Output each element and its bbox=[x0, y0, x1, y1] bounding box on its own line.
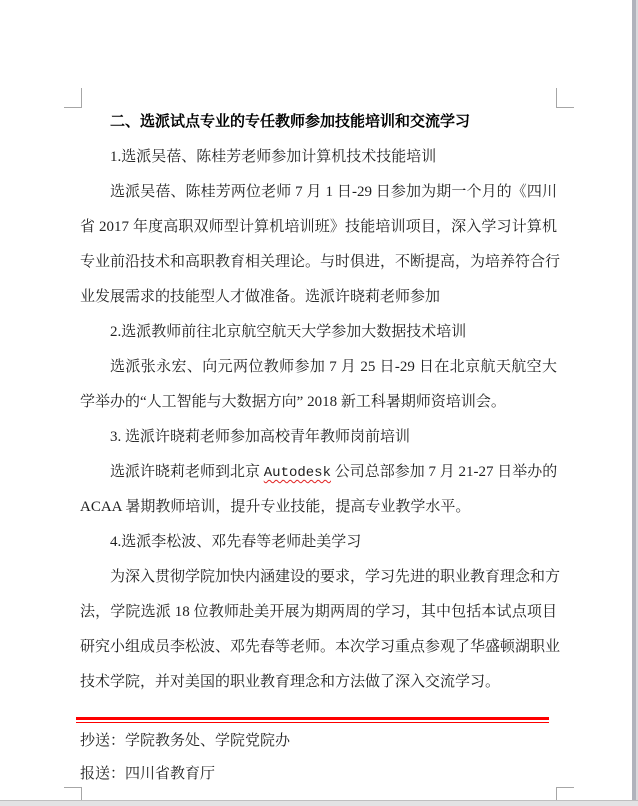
body-line: 选派吴蓓、陈桂芳两位老师 7 月 1 日-29 日参加为期一个月的《四川 bbox=[80, 175, 557, 210]
submit-line: 报送：四川省教育厅 bbox=[80, 766, 215, 783]
body-line: ACAA 暑期教师培训，提升专业技能，提高专业教学水平。 bbox=[80, 490, 557, 525]
body-line: 技术学院，并对美国的职业教育理念和方法做了深入交流学习。 bbox=[80, 665, 557, 700]
document-body: 二、选派试点专业的专任教师参加技能培训和交流学习 1.选派吴蓓、陈桂芳老师参加计… bbox=[80, 105, 557, 700]
item-2-heading: 2.选派教师前往北京航空航天大学参加大数据技术培训 bbox=[80, 315, 557, 350]
body-text: 选派许晓莉老师到北京 bbox=[110, 464, 264, 480]
body-line: 学举办的“人工智能与大数据方向” 2018 新工科暑期师资培训会。 bbox=[80, 385, 557, 420]
red-separator-rule bbox=[76, 717, 549, 723]
spellcheck-flagged-word: Autodesk bbox=[264, 465, 331, 481]
document-page: 二、选派试点专业的专任教师参加技能培训和交流学习 1.选派吴蓓、陈桂芳老师参加计… bbox=[0, 0, 638, 806]
crop-mark-bottom-right-icon bbox=[556, 787, 574, 800]
vertical-scrollbar[interactable] bbox=[632, 0, 638, 800]
body-line: 为深入贯彻学院加快内涵建设的要求，学习先进的职业教育理念和方 bbox=[80, 560, 557, 595]
body-line: 业发展需求的技能型人才做准备。选派许晓莉老师参加 bbox=[80, 280, 557, 315]
body-line: 法，学院选派 18 位教师赴美开展为期两周的学习，其中包括本试点项目 bbox=[80, 595, 557, 630]
item-4-heading: 4.选派李松波、邓先春等老师赴美学习 bbox=[80, 525, 557, 560]
body-line: 专业前沿技术和高职教育相关理论。与时俱进，不断提高，为培养符合行 bbox=[80, 245, 557, 280]
app-background-bottom bbox=[0, 800, 638, 806]
crop-mark-bottom-left-icon bbox=[64, 787, 82, 800]
body-line-autodesk: 选派许晓莉老师到北京 Autodesk 公司总部参加 7 月 21-27 日举办… bbox=[80, 455, 557, 490]
body-line: 选派张永宏、向元两位教师参加 7 月 25 日-29 日在北京航天航空大 bbox=[80, 350, 557, 385]
body-text: 公司总部参加 7 月 21-27 日举办的 bbox=[331, 464, 557, 480]
cc-line: 抄送：学院教务处、学院党院办 bbox=[80, 733, 290, 750]
body-line: 研究小组成员李松波、邓先春等老师。本次学习重点参观了华盛顿湖职业 bbox=[80, 630, 557, 665]
section-heading: 二、选派试点专业的专任教师参加技能培训和交流学习 bbox=[80, 105, 557, 140]
crop-mark-top-right-icon bbox=[556, 88, 574, 108]
body-line: 省 2017 年度高职双师型计算机培训班》技能培训项目，深入学习计算机 bbox=[80, 210, 557, 245]
item-1-heading: 1.选派吴蓓、陈桂芳老师参加计算机技术技能培训 bbox=[80, 140, 557, 175]
item-3-heading: 3. 选派许晓莉老师参加高校青年教师岗前培训 bbox=[80, 420, 557, 455]
